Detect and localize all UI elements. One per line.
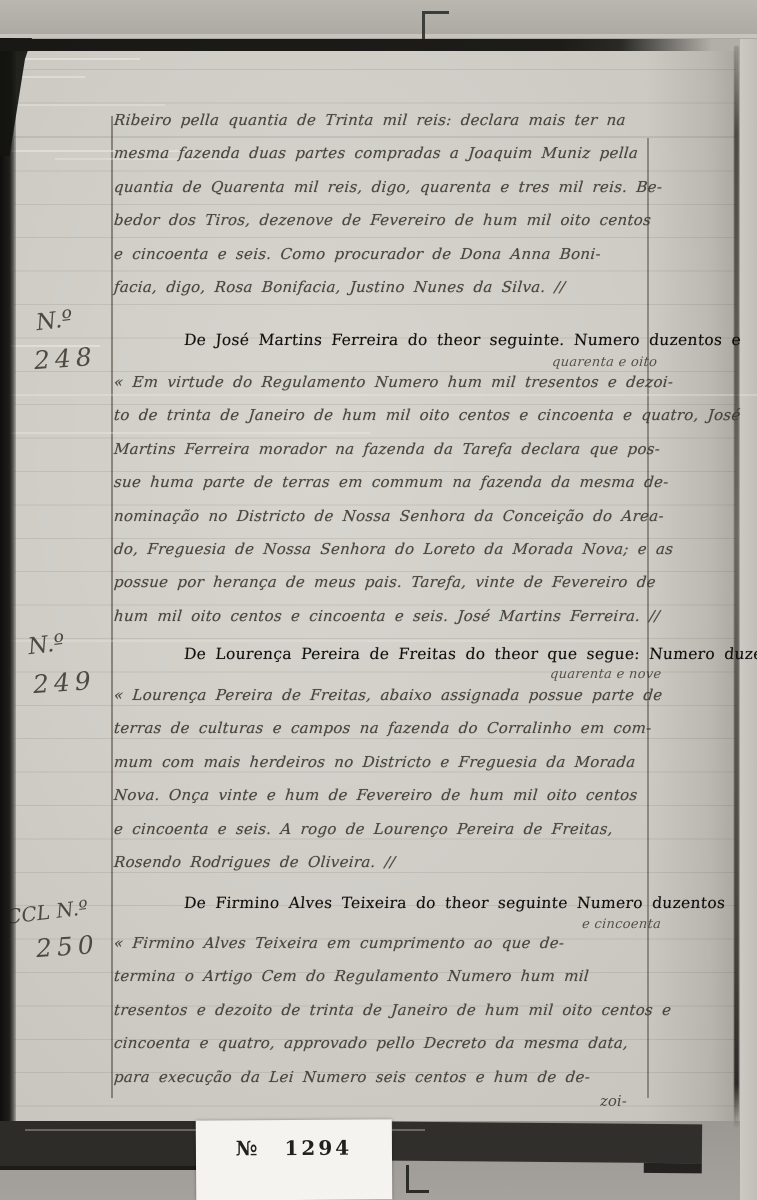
scanned-manuscript-page: Ribeiro pella quantia de Trinta mil reis… <box>0 0 757 1200</box>
manuscript-line: to de trinta de Janeiro de hum mil oito … <box>113 399 661 432</box>
manuscript-line: Nova. Onça vinte e hum de Fevereiro de h… <box>113 779 661 812</box>
manuscript-line: cincoenta e quatro, approvado pello Decr… <box>113 1027 661 1060</box>
manuscript-line: tresentos e dezoito de trinta de Janeiro… <box>113 994 661 1027</box>
continuation-paragraph: Ribeiro pella quantia de Trinta mil reis… <box>114 104 659 304</box>
manuscript-line: termina o Artigo Cem do Regulamento Nume… <box>113 960 661 993</box>
entry-number-prefix: N.º <box>35 306 75 336</box>
manuscript-line: terras de culturas e campos na fazenda d… <box>113 712 661 745</box>
catchword: zoi- <box>600 1092 627 1110</box>
left-binding-shadow <box>0 38 16 1124</box>
manuscript-line: e cincoenta e seis. Como procurador de D… <box>113 238 661 271</box>
manuscript-line: mum com mais herdeiros no Districto e Fr… <box>113 746 661 779</box>
scanner-bed-top <box>0 0 757 39</box>
manuscript-line: quantia de Quarenta mil reis, digo, quar… <box>113 171 661 204</box>
manuscript-line: « Firmino Alves Teixeira em cumprimento … <box>113 927 661 960</box>
manuscript-line: nominação no Districto de Nossa Senhora … <box>113 500 661 533</box>
scan-streak <box>0 640 640 642</box>
entry-number-value: 248 <box>33 342 98 375</box>
top-shadow-bar <box>0 39 712 51</box>
manuscript-line: hum mil oito centos e cincoenta e seis. … <box>113 600 661 633</box>
entry-header: De Lourença Pereira de Freitas do theor … <box>183 645 725 663</box>
manuscript-line: facia, digo, Rosa Bonifacia, Justino Nun… <box>113 271 661 304</box>
right-page-edge <box>734 46 739 1128</box>
entry-number-margin-248-value: 248 <box>34 344 97 373</box>
entry-number-margin-249: N.º <box>28 632 65 658</box>
manuscript-line: e cincoenta e seis. A rogo de Lourenço P… <box>113 813 661 846</box>
entry-number-prefix: N.º <box>27 630 67 660</box>
manuscript-line: do, Freguesia de Nossa Senhora do Loreto… <box>113 533 661 566</box>
adjacent-page-strip <box>740 38 757 1200</box>
archive-number-label: №1294 <box>196 1119 393 1200</box>
bottom-shadow-bar-right <box>392 1122 702 1164</box>
entry-body-249: « Lourença Pereira de Freitas, abaixo as… <box>114 679 659 879</box>
archive-number-text: №1294 <box>196 1135 392 1160</box>
entry-header: De Firmino Alves Teixeira do theor segui… <box>183 894 725 912</box>
entry-number-value: 249 <box>32 666 97 699</box>
manuscript-line: bedor dos Tiros, dezenove de Fevereiro d… <box>113 204 661 237</box>
manuscript-line: mesma fazenda duas partes compradas a Jo… <box>113 137 661 170</box>
entry-body-250: « Firmino Alves Teixeira em cumprimento … <box>114 927 659 1094</box>
corner-crop-mark-bottom-icon <box>406 1165 429 1193</box>
manuscript-line: possue por herança de meus pais. Tarefa,… <box>113 566 661 599</box>
entry-number-margin-249-value: 249 <box>33 668 96 697</box>
archive-number-digits: 1294 <box>284 1136 352 1160</box>
manuscript-line: sue huma parte de terras em commum na fa… <box>113 466 661 499</box>
manuscript-line: « Em virtude do Regulamento Numero hum m… <box>113 366 661 399</box>
entry-number-value: 250 <box>35 930 100 963</box>
entry-number-margin-248: N.º <box>36 308 73 334</box>
manuscript-line: Rosendo Rodrigues de Oliveira. // <box>113 846 661 879</box>
manuscript-line: « Lourença Pereira de Freitas, abaixo as… <box>113 679 661 712</box>
entry-number-margin-250-value: 250 <box>36 932 99 961</box>
manuscript-line: Martins Ferreira morador na fazenda da T… <box>113 433 661 466</box>
corner-crop-mark-top-icon <box>422 11 449 39</box>
manuscript-line: para execução da Lei Numero seis centos … <box>113 1061 661 1094</box>
entry-body-248: « Em virtude do Regulamento Numero hum m… <box>114 366 659 633</box>
manuscript-line: Ribeiro pella quantia de Trinta mil reis… <box>113 104 661 137</box>
entry-number-prefix: CCL N.º <box>5 895 90 929</box>
numero-sign: № <box>236 1136 259 1160</box>
entry-header: De José Martins Ferreira do theor seguin… <box>183 331 725 349</box>
entry-number-margin-250: CCL N.º <box>6 900 88 924</box>
